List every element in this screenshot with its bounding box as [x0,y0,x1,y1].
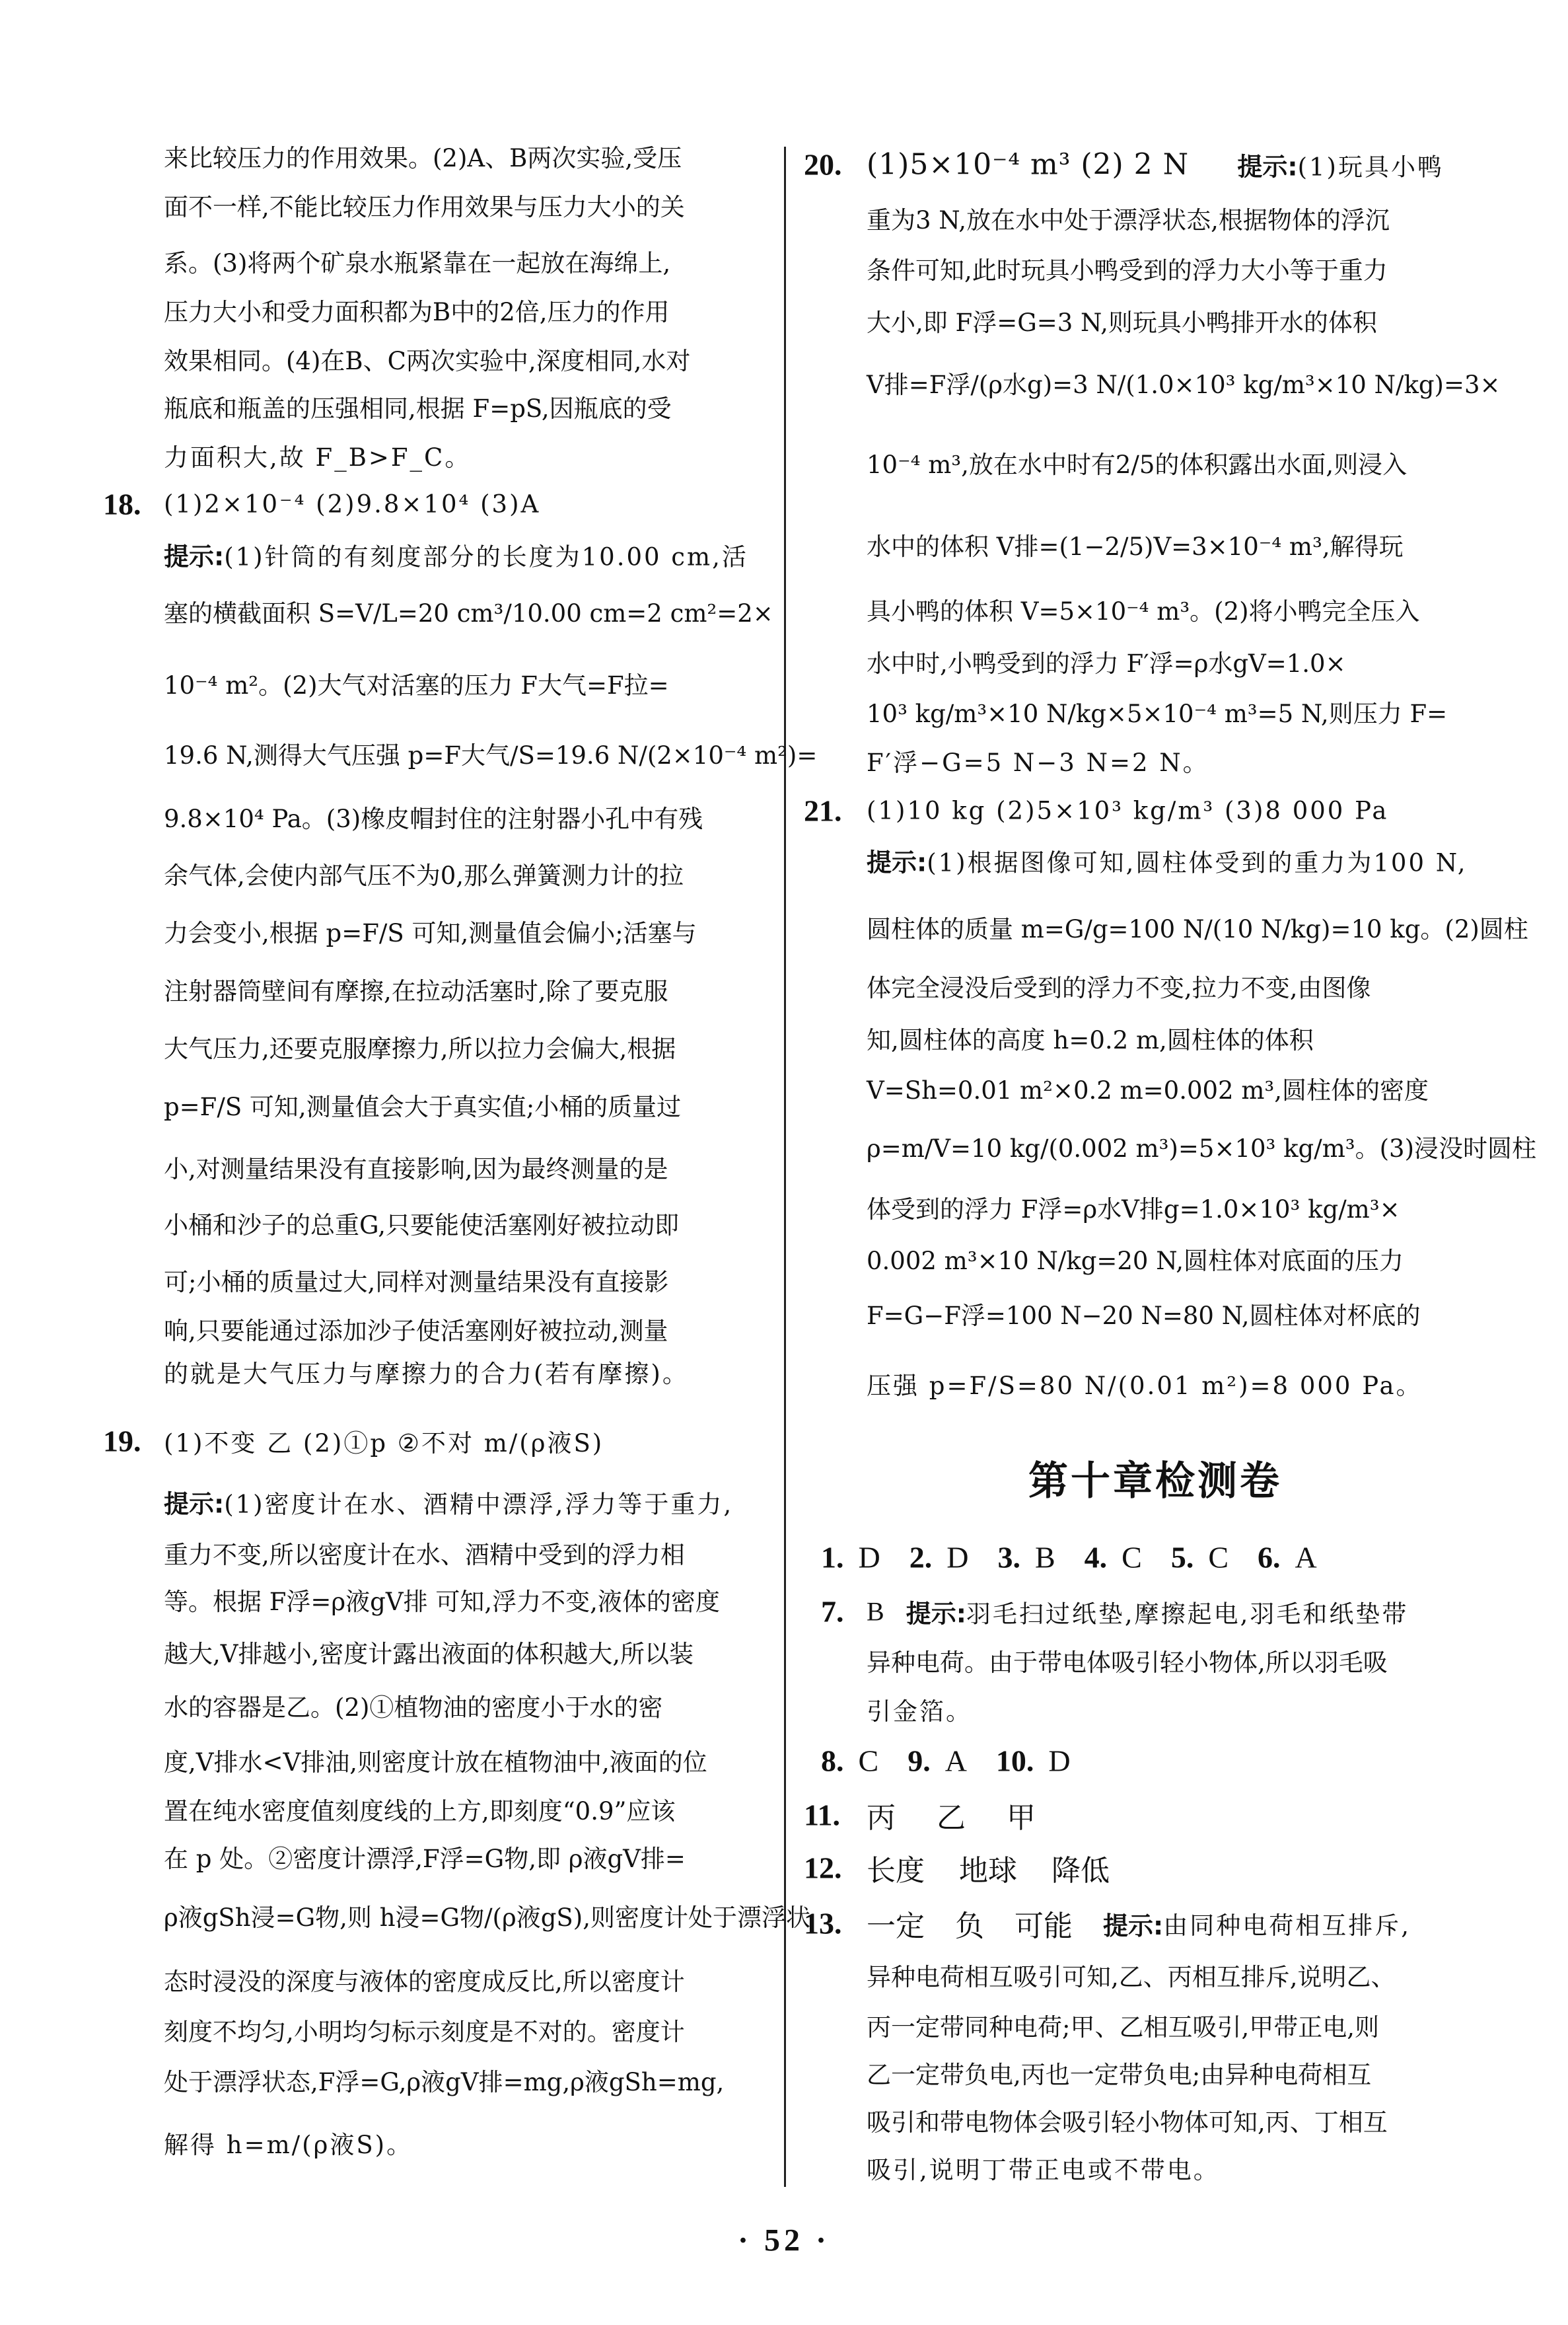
hint-label: 提示: [867,842,927,879]
question-number-13: 13. [804,1906,842,1941]
choice-answer: C [1208,1540,1229,1575]
choice-answer: B [1035,1540,1055,1575]
question-number: 4. [1085,1540,1108,1575]
hint-label: 提示: [1103,1905,1163,1942]
question-number-20: 20. [804,147,842,182]
hint-label: 提示: [1237,153,1297,182]
question-number: 6. [1258,1540,1281,1575]
question-number-12: 12. [804,1851,842,1886]
question-number-18: 18. [103,487,141,522]
question-number: 8. [821,1744,844,1779]
question-number-19: 19. [103,1424,141,1459]
mc-answers-8-10: 8.C9.A10.D [821,1744,1100,1779]
question-number: 9. [908,1744,931,1779]
question-number: 3. [997,1540,1020,1575]
choice-answer: A [1295,1540,1317,1575]
choice-answer: D [1048,1744,1070,1779]
choice-answer: C [859,1744,879,1779]
column-divider [784,147,786,2187]
question-number: 10. [996,1744,1034,1779]
question-number-11: 11. [804,1798,840,1833]
question-number: 1. [821,1540,844,1575]
question-number-21: 21. [804,793,842,829]
choice-answer: C [1122,1540,1142,1575]
answer-key-page: 来比较压力的作用效果。(2)A、B两次实验,受压 面不一样,不能比较压力作用效果… [0,0,1568,2325]
choice-answer: A [945,1744,967,1779]
question-number: 5. [1171,1540,1194,1575]
hint-label: 提示: [164,1484,224,1520]
hint-label: 提示: [164,536,224,573]
choice-answer: D [946,1540,968,1575]
page-number: · 52 · [738,2223,830,2259]
choice-answer: D [859,1540,880,1575]
question-number-7: 7. [821,1594,844,1629]
question-number: 2. [909,1540,933,1575]
hint-label: 提示: [906,1594,966,1630]
section-title: 第十章检测卷 [867,1450,1444,1506]
mc-answers-1-6: 1.D2.D3.B4.C5.C6.A [821,1540,1346,1575]
